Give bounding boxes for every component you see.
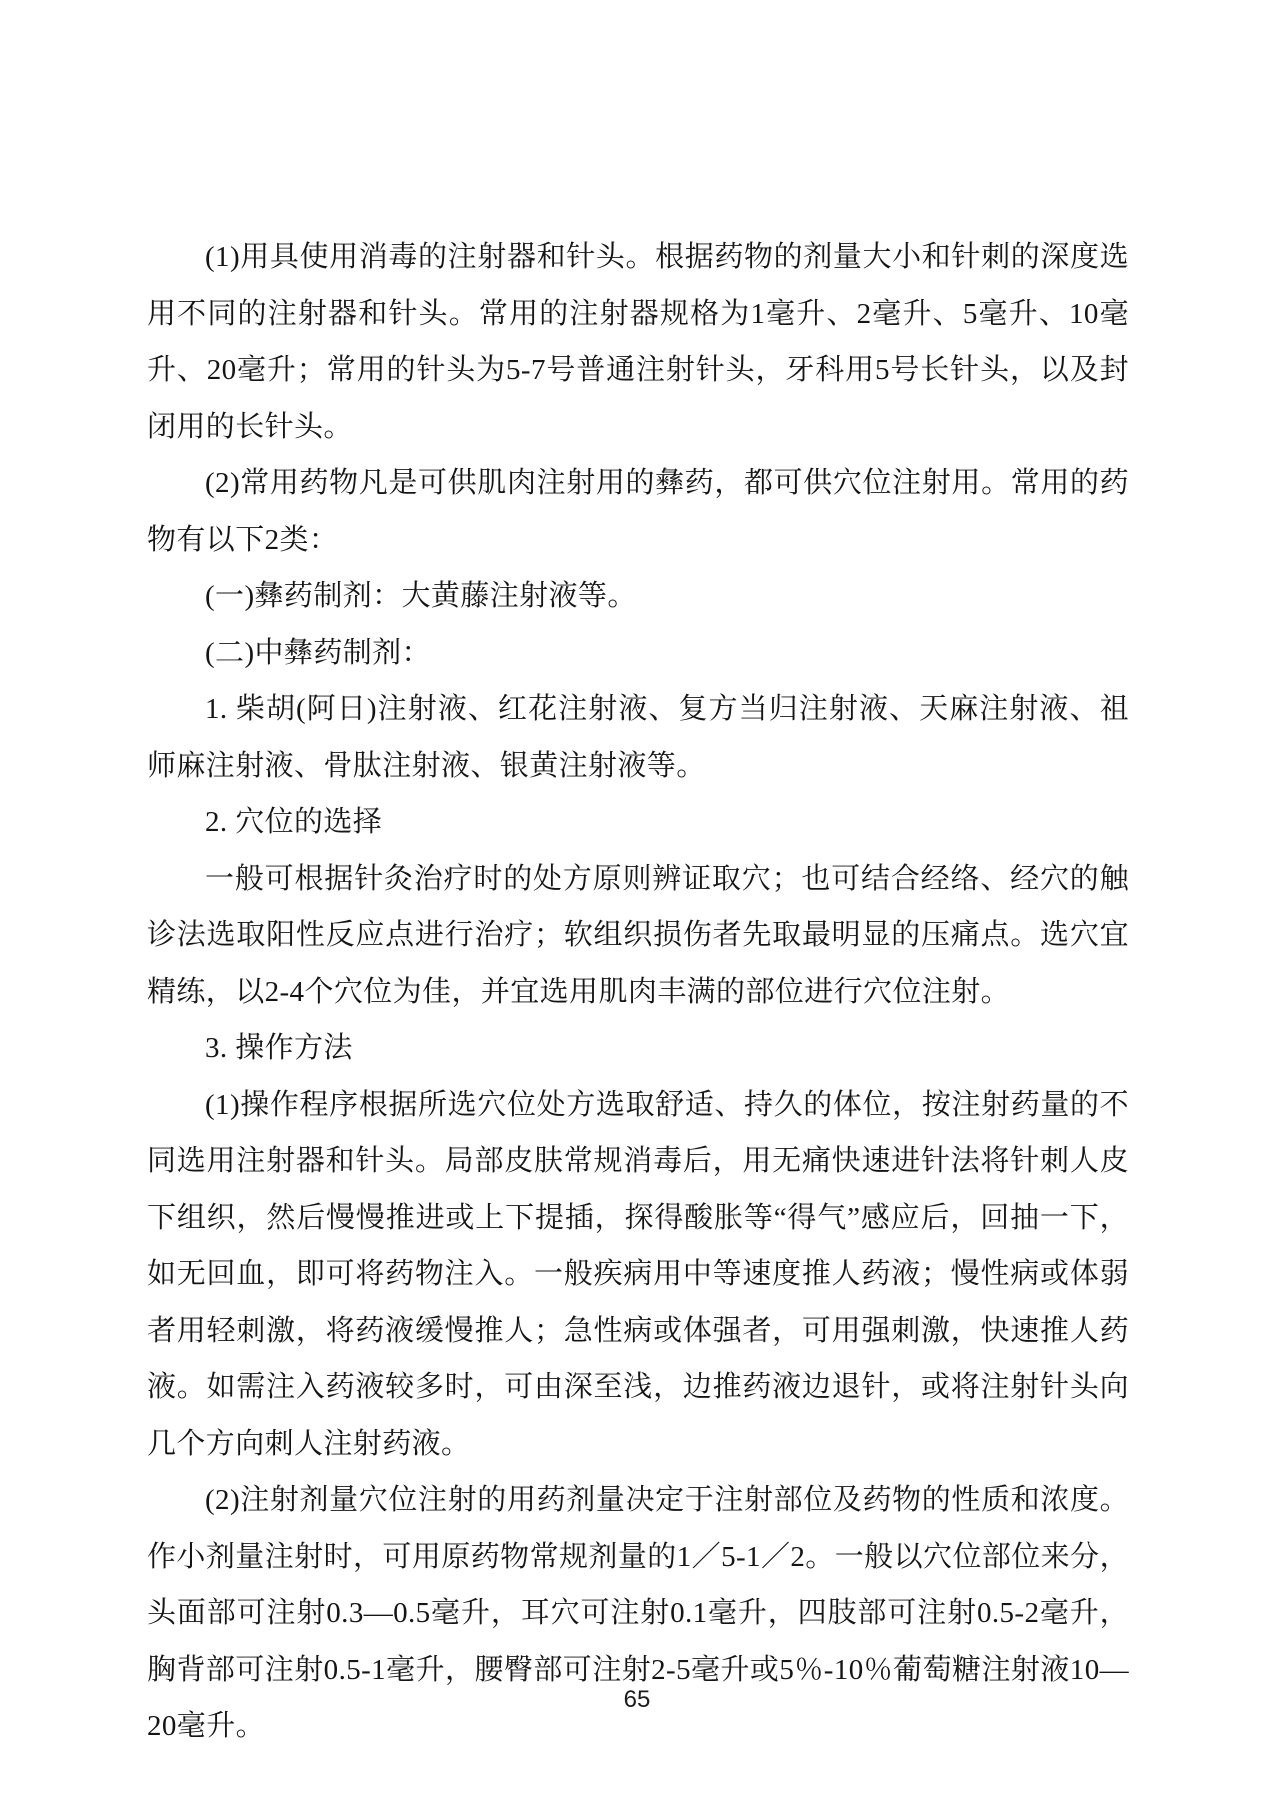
paragraph-injection-list: 1. 柴胡(阿日)注射液、红花注射液、复方当归注射液、天麻注射液、祖师麻注射液、… [147, 681, 1129, 794]
paragraph-yi-preparations: (一)彝药制剂：大黄藤注射液等。 [147, 568, 1129, 625]
paragraph-equipment: (1)用具使用消毒的注射器和针头。根据药物的剂量大小和针刺的深度选用不同的注射器… [147, 229, 1129, 455]
heading-operation-method: 3. 操作方法 [147, 1020, 1129, 1077]
heading-acupoint-selection: 2. 穴位的选择 [147, 794, 1129, 851]
paragraph-operation-procedure: (1)操作程序根据所选穴位处方选取舒适、持久的体位，按注射药量的不同选用注射器和… [147, 1077, 1129, 1473]
paragraph-acupoint-selection: 一般可根据针灸治疗时的处方原则辨证取穴；也可结合经络、经穴的触诊法选取阳性反应点… [147, 851, 1129, 1021]
paragraph-chinese-yi-preparations: (二)中彝药制剂： [147, 625, 1129, 682]
page-body-text: (1)用具使用消毒的注射器和针头。根据药物的剂量大小和针刺的深度选用不同的注射器… [147, 229, 1129, 1755]
paragraph-common-drugs: (2)常用药物凡是可供肌肉注射用的彝药，都可供穴位注射用。常用的药物有以下2类： [147, 455, 1129, 568]
document-page: (1)用具使用消毒的注射器和针头。根据药物的剂量大小和针刺的深度选用不同的注射器… [0, 0, 1274, 1801]
page-number: 65 [0, 1686, 1274, 1714]
